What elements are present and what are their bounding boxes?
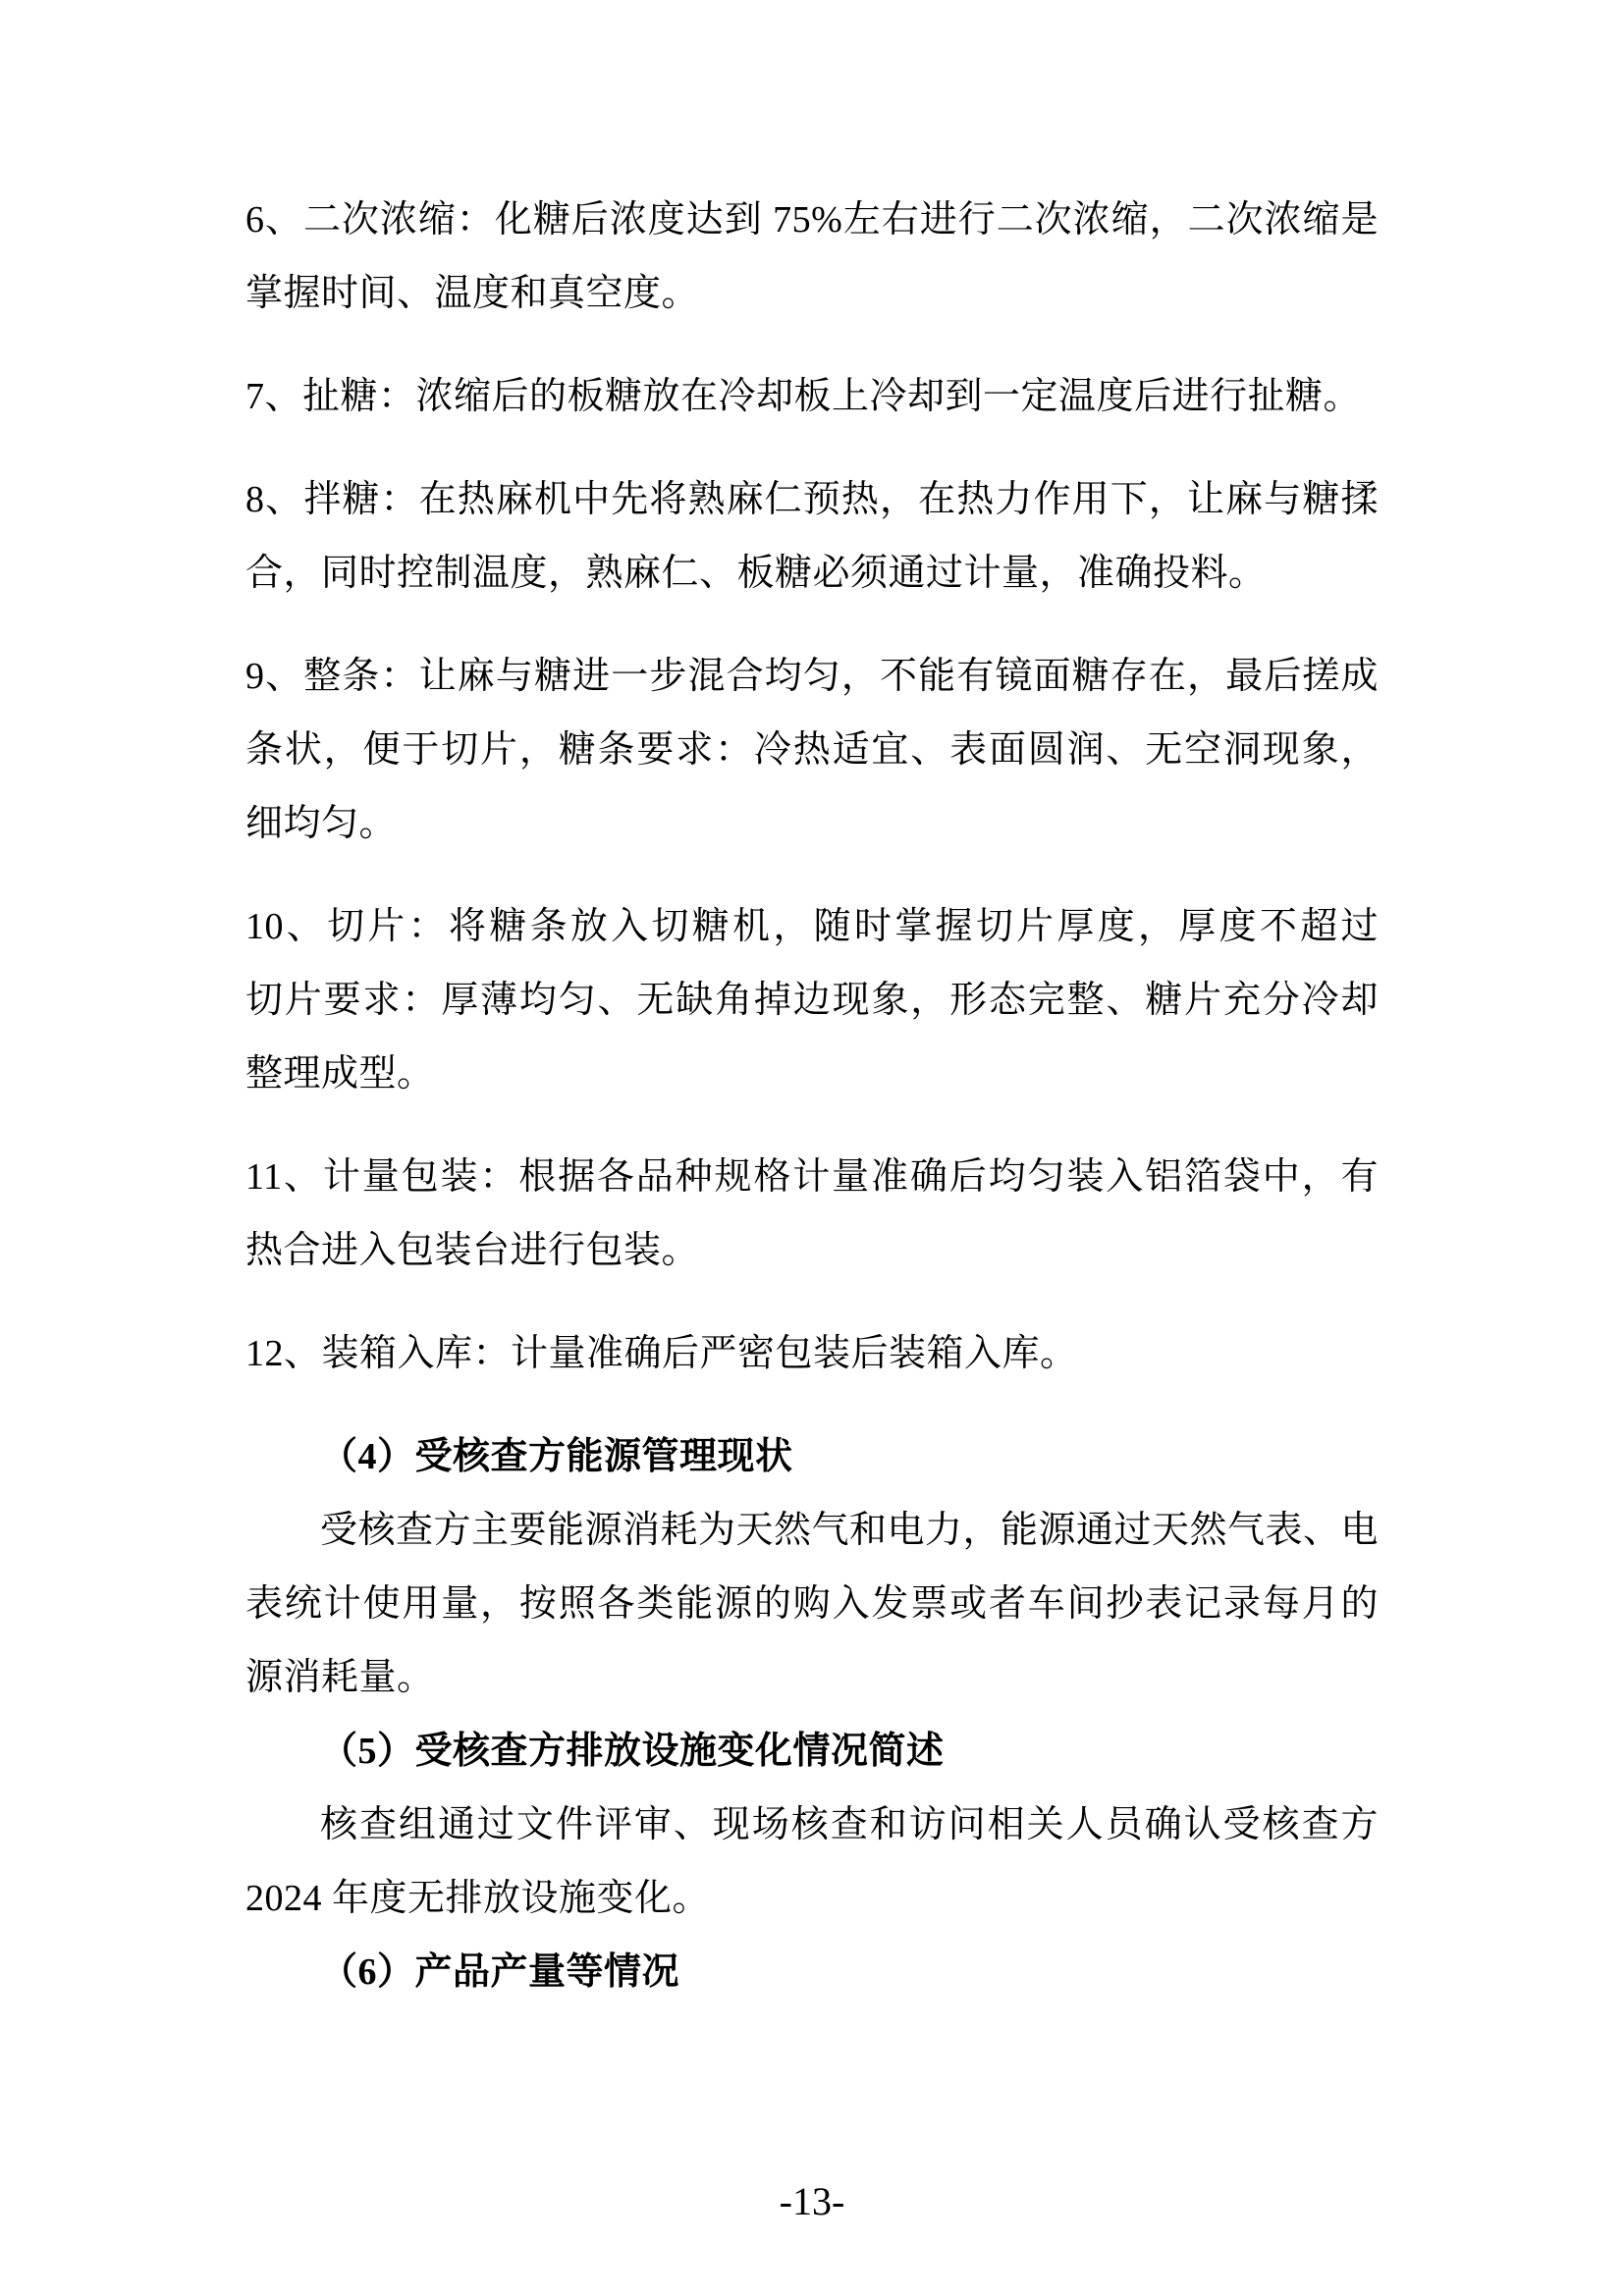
text-line: 切片要求：厚薄均匀、无缺角掉边现象，形态完整、糖片充分冷却后 xyxy=(245,964,1379,1038)
text-line: 12、装箱入库：计量准确后严密包装后装箱入库。 xyxy=(245,1317,1379,1391)
numbered-paragraph: 10、切片：将糖条放入切糖机，随时掌握切片厚度，厚度不超过 2.5mm，切片要求… xyxy=(245,890,1379,1111)
text-line: 热合进入包装台进行包装。 xyxy=(245,1214,1379,1288)
text-line: （4）受核查方能源管理现状 xyxy=(245,1420,1379,1494)
text-line: 表统计使用量，按照各类能源的购入发票或者车间抄表记录每月的能 xyxy=(245,1568,1379,1641)
text-line: 细均匀。 xyxy=(245,787,1379,861)
numbered-paragraph: 8、拌糖：在热麻机中先将熟麻仁预热，在热力作用下，让麻与糖揉合，同时控制温度，熟… xyxy=(245,463,1379,611)
text-line: 10、切片：将糖条放入切糖机，随时掌握切片厚度，厚度不超过 2.5mm， xyxy=(245,890,1379,964)
text-line: （6）产品产量等情况 xyxy=(245,1936,1379,2009)
numbered-paragraph: 9、整条：让麻与糖进一步混合均匀，不能有镜面糖存在，最后搓成条状，便于切片，糖条… xyxy=(245,640,1379,861)
text-line: 源消耗量。 xyxy=(245,1641,1379,1715)
text-line: 11、计量包装：根据各品种规格计量准确后均匀装入铝箔袋中，有序 xyxy=(245,1141,1379,1214)
numbered-paragraph: 12、装箱入库：计量准确后严密包装后装箱入库。 xyxy=(245,1317,1379,1391)
text-line: 6、二次浓缩：化糖后浓度达到 75%左右进行二次浓缩，二次浓缩是 xyxy=(245,184,1379,257)
section-heading: （4）受核查方能源管理现状 xyxy=(245,1420,1379,1494)
page-number: -13- xyxy=(0,2164,1624,2238)
body-paragraph: 核查组通过文件评审、现场核查和访问相关人员确认受核查方2024 年度无排放设施变… xyxy=(245,1789,1379,1936)
section-heading: （6）产品产量等情况 xyxy=(245,1936,1379,2009)
text-line: 核查组通过文件评审、现场核查和访问相关人员确认受核查方 xyxy=(245,1789,1379,1862)
section-heading: （5）受核查方排放设施变化情况简述 xyxy=(245,1715,1379,1789)
text-line: 受核查方主要能源消耗为天然气和电力，能源通过天然气表、电 xyxy=(245,1494,1379,1568)
text-line: 9、整条：让麻与糖进一步混合均匀，不能有镜面糖存在，最后搓成 xyxy=(245,640,1379,714)
document-body: 6、二次浓缩：化糖后浓度达到 75%左右进行二次浓缩，二次浓缩是掌握时间、温度和… xyxy=(245,184,1379,2009)
numbered-paragraph: 11、计量包装：根据各品种规格计量准确后均匀装入铝箔袋中，有序热合进入包装台进行… xyxy=(245,1141,1379,1288)
text-line: 整理成型。 xyxy=(245,1038,1379,1111)
document-page: 6、二次浓缩：化糖后浓度达到 75%左右进行二次浓缩，二次浓缩是掌握时间、温度和… xyxy=(0,0,1624,2296)
numbered-paragraph: 6、二次浓缩：化糖后浓度达到 75%左右进行二次浓缩，二次浓缩是掌握时间、温度和… xyxy=(245,184,1379,331)
numbered-paragraph: 7、扯糖：浓缩后的板糖放在冷却板上冷却到一定温度后进行扯糖。 xyxy=(245,360,1379,434)
text-line: 2024 年度无排放设施变化。 xyxy=(245,1862,1379,1936)
text-line: 条状，便于切片，糖条要求：冷热适宜、表面圆润、无空洞现象，粗 xyxy=(245,714,1379,787)
text-line: （5）受核查方排放设施变化情况简述 xyxy=(245,1715,1379,1789)
text-line: 7、扯糖：浓缩后的板糖放在冷却板上冷却到一定温度后进行扯糖。 xyxy=(245,360,1379,434)
body-paragraph: 受核查方主要能源消耗为天然气和电力，能源通过天然气表、电表统计使用量，按照各类能… xyxy=(245,1494,1379,1715)
text-line: 8、拌糖：在热麻机中先将熟麻仁预热，在热力作用下，让麻与糖揉 xyxy=(245,463,1379,537)
text-line: 合，同时控制温度，熟麻仁、板糖必须通过计量，准确投料。 xyxy=(245,537,1379,611)
text-line: 掌握时间、温度和真空度。 xyxy=(245,257,1379,331)
